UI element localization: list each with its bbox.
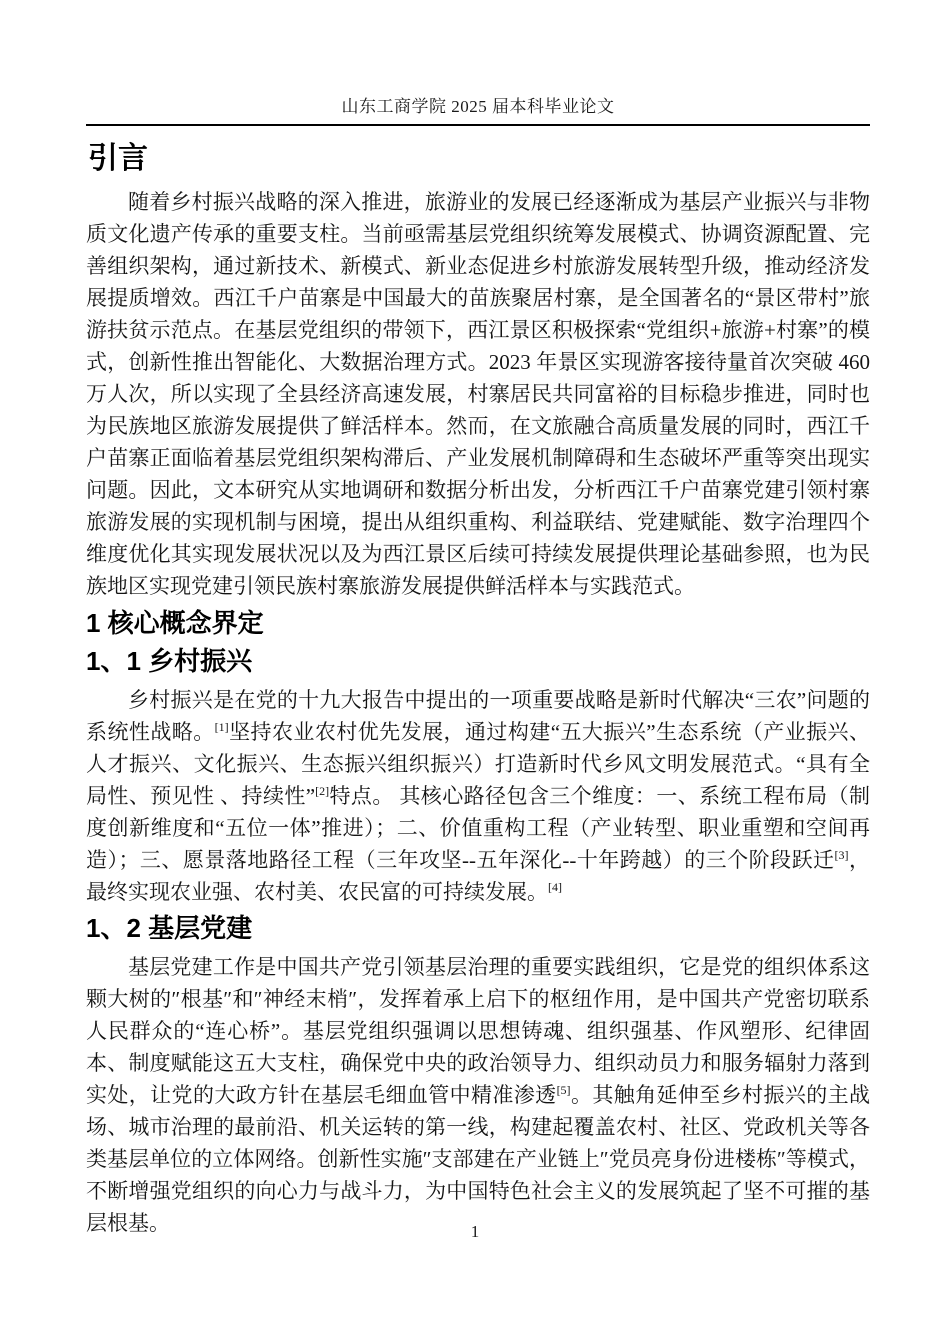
heading-section-1-2: 1、2 基层党建 xyxy=(86,910,870,946)
document-page: 山东工商学院 2025 届本科毕业论文 引言 随着乡村振兴战略的深入推进，旅游业… xyxy=(0,0,950,1344)
citation-superscript: [2] xyxy=(315,784,329,798)
paragraph-rural-revitalization: 乡村振兴是在党的十九大报告中提出的一项重要战略是新时代解决“三农”问题的系统性战… xyxy=(86,684,870,908)
heading-section-1: 1 核心概念界定 xyxy=(86,605,870,641)
heading-introduction: 引言 xyxy=(88,139,870,179)
page-header: 山东工商学院 2025 届本科毕业论文 xyxy=(86,92,870,126)
heading-section-1-1: 1、1 乡村振兴 xyxy=(86,643,870,679)
citation-superscript: [5] xyxy=(557,1083,571,1097)
citation-superscript: [1] xyxy=(215,720,229,734)
paragraph-introduction: 随着乡村振兴战略的深入推进，旅游业的发展已经逐渐成为基层产业振兴与非物质文化遗产… xyxy=(86,186,870,602)
page-number: 1 xyxy=(471,1222,480,1241)
paragraph-grassroots-party-building: 基层党建工作是中国共产党引领基层治理的重要实践组织，它是党的组织体系这颗大树的″… xyxy=(86,951,870,1239)
citation-superscript: [4] xyxy=(548,880,562,894)
header-title: 山东工商学院 2025 届本科毕业论文 xyxy=(86,92,870,117)
page-footer: 1 xyxy=(0,1222,950,1242)
citation-superscript: [3] xyxy=(835,848,849,862)
